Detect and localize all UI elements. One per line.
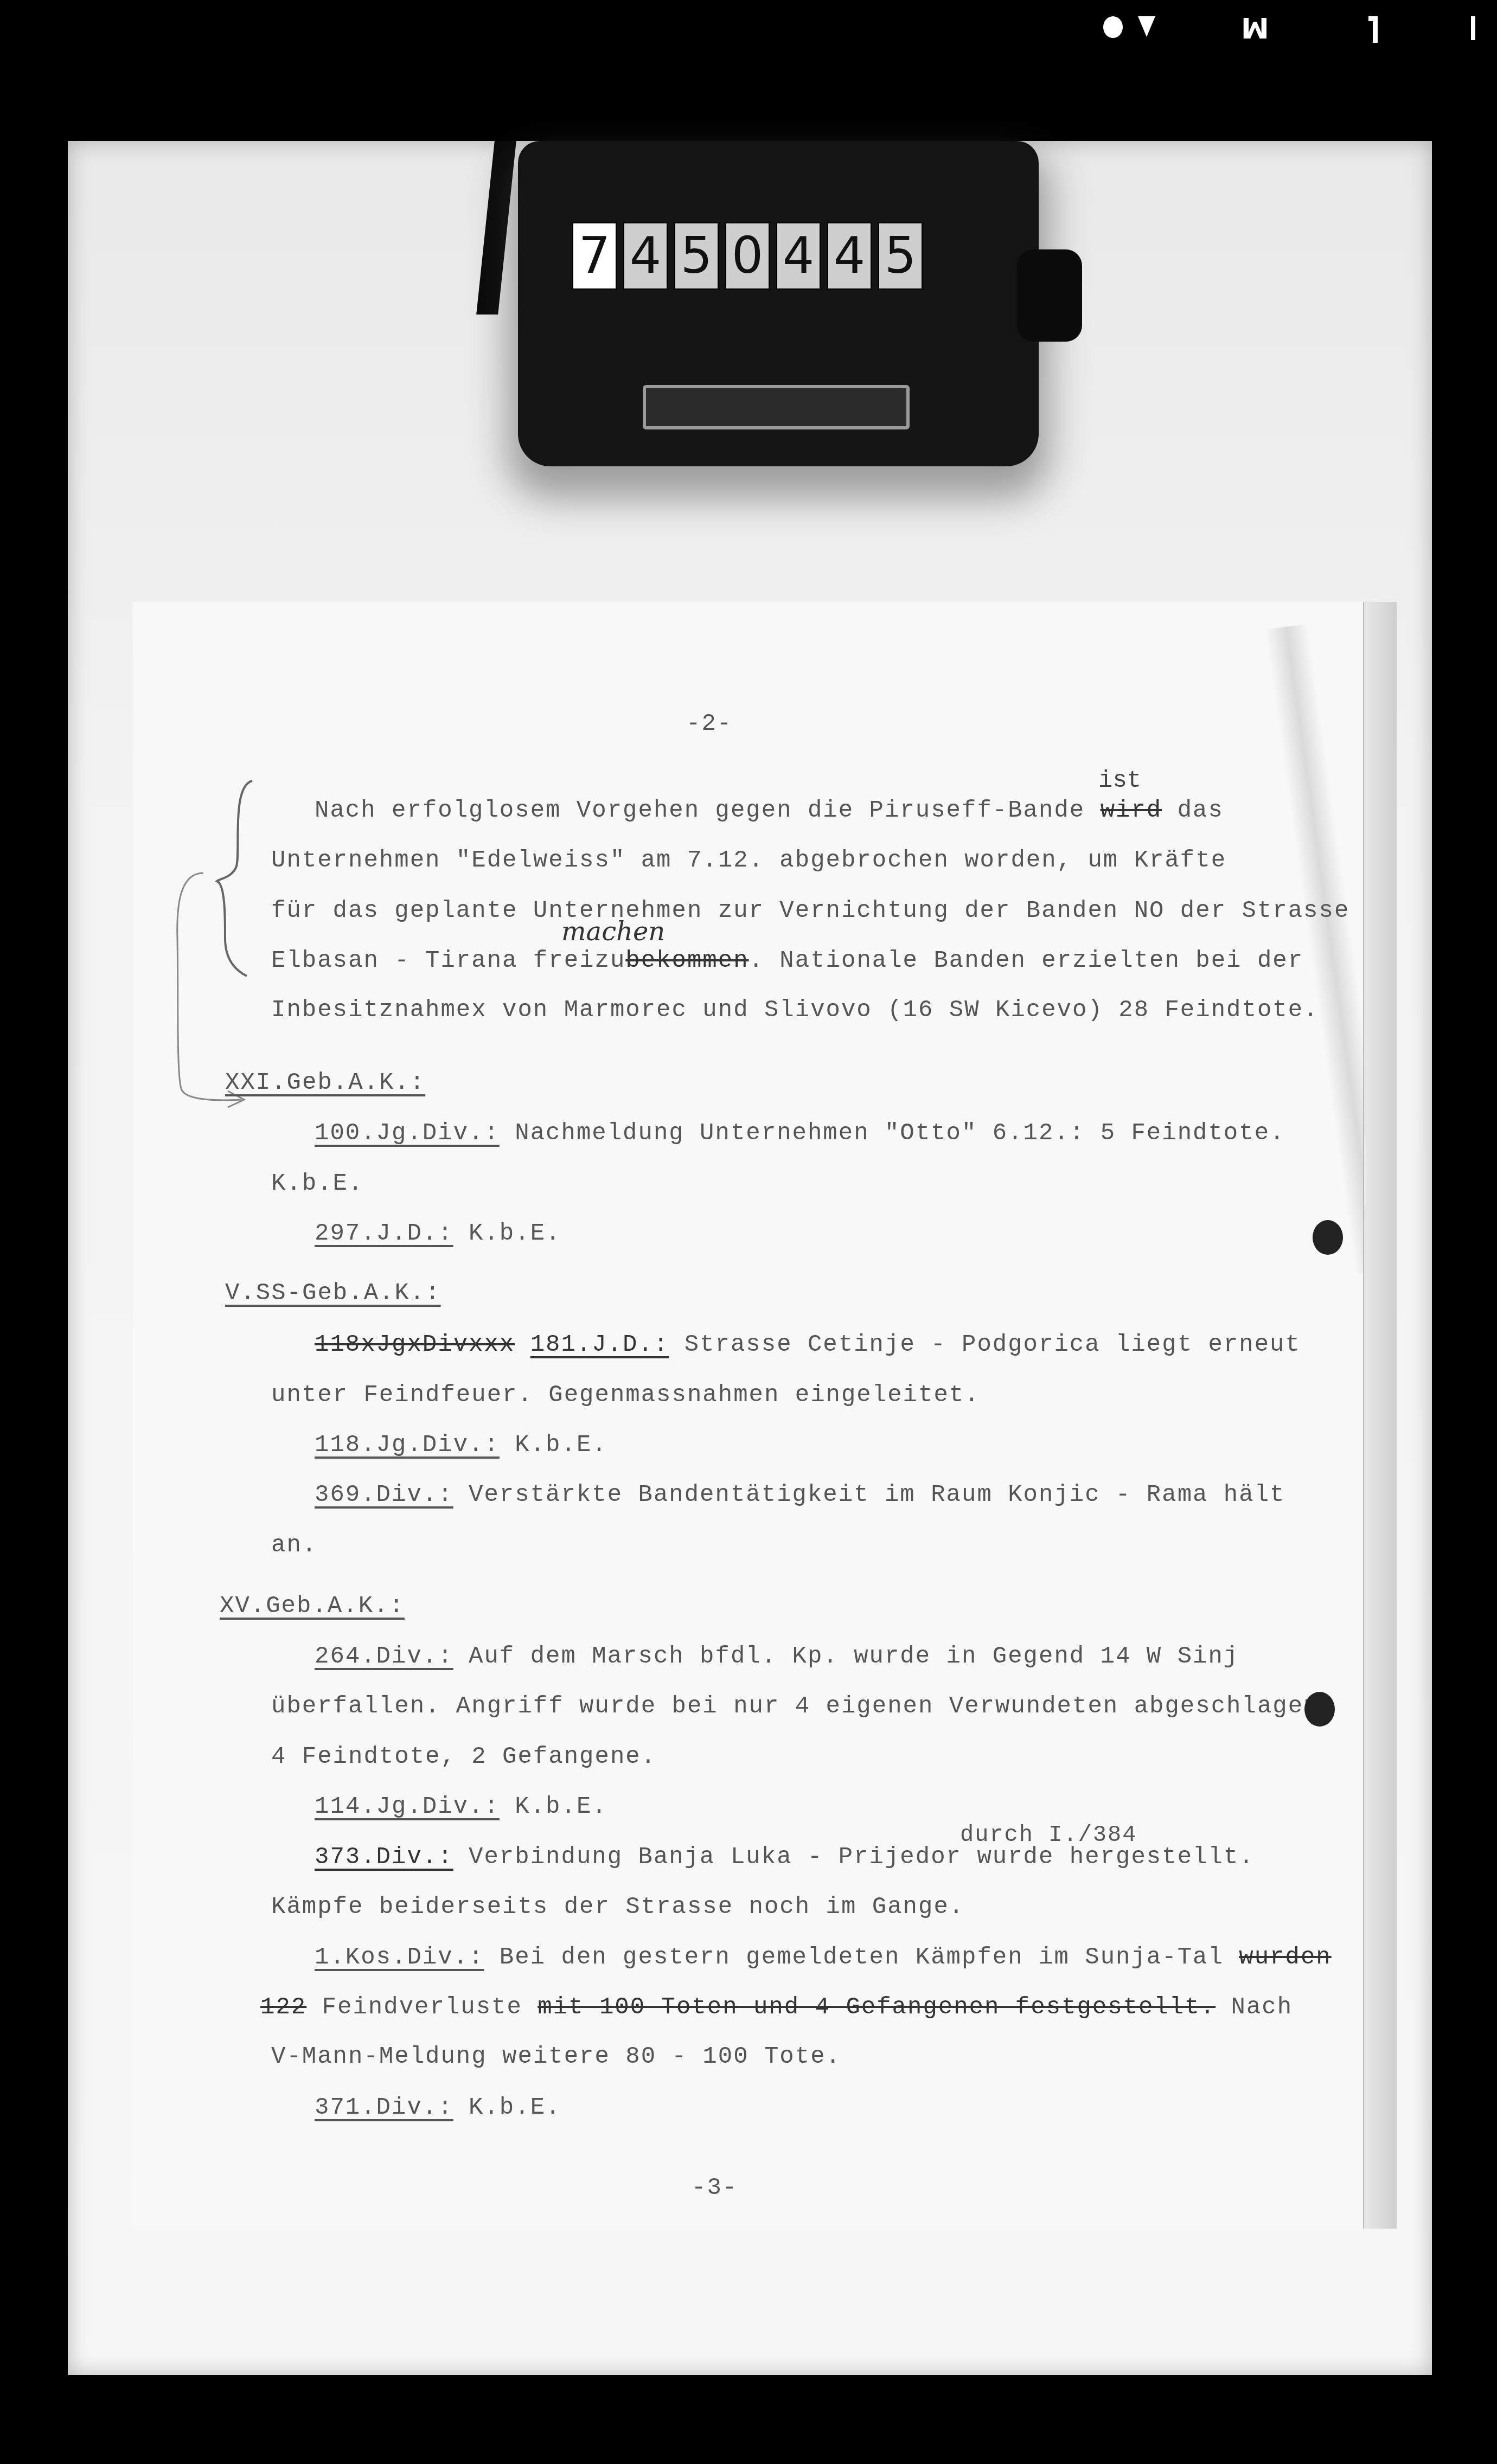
unit-label: 181.J.D.: bbox=[530, 1331, 669, 1358]
entry-100-jg-div: 100.Jg.Div.: Nachmeldung Unternehmen "Ot… bbox=[315, 1120, 1285, 1147]
text: das bbox=[1162, 797, 1224, 824]
frame-counter: 7 4 5 0 4 4 5 bbox=[518, 141, 1055, 472]
text: Feindverluste bbox=[306, 1994, 538, 2021]
text: Strasse Cetinje - Podgorica liegt erneut bbox=[669, 1331, 1301, 1358]
unit-label: 369.Div.: bbox=[315, 1481, 453, 1509]
struck-text: wurden bbox=[1239, 1944, 1331, 1971]
intro-line-5: Inbesitznahmex von Marmorec und Slivovo … bbox=[271, 997, 1319, 1024]
counter-digit: 7 bbox=[572, 222, 617, 290]
triangle-mark-icon bbox=[1138, 16, 1155, 37]
text: Nach erfolglosem Vorgehen gegen die Piru… bbox=[315, 797, 1101, 824]
text: K.b.E. bbox=[500, 1793, 607, 1820]
struck-text: 122 bbox=[260, 1994, 306, 2021]
entry-369-div: 369.Div.: Verstärkte Bandentätigkeit im … bbox=[315, 1481, 1285, 1509]
entry-373-div: 373.Div.: Verbindung Banja Luka - Prijed… bbox=[315, 1844, 1255, 1871]
unit-label: 371.Div.: bbox=[315, 2094, 453, 2121]
struck-text: bekommen bbox=[625, 947, 748, 974]
text: Auf dem Marsch bfdl. Kp. wurde in Gegend… bbox=[453, 1643, 1239, 1670]
unit-label: 264.Div.: bbox=[315, 1643, 453, 1670]
punch-hole bbox=[1304, 1692, 1335, 1727]
film-letter-m: M bbox=[1241, 16, 1269, 38]
text: Nach bbox=[1215, 1994, 1293, 2021]
section-heading: XV.Geb.A.K.: bbox=[220, 1593, 405, 1620]
page-number-bottom: -3- bbox=[692, 2174, 738, 2202]
unit-label: 1.Kos.Div.: bbox=[315, 1944, 484, 1971]
entry-continuation: V-Mann-Meldung weitere 80 - 100 Tote. bbox=[271, 2043, 841, 2070]
entry-371-div: 371.Div.: K.b.E. bbox=[315, 2094, 561, 2121]
entry-continuation: Kämpfe beiderseits der Strasse noch im G… bbox=[271, 1894, 964, 1921]
text: . Nationale Banden erzielten bei der bbox=[749, 947, 1304, 974]
unit-label: 114.Jg.Div.: bbox=[315, 1793, 500, 1820]
punch-hole bbox=[1313, 1220, 1343, 1255]
text: Verstärkte Bandentätigkeit im Raum Konji… bbox=[453, 1481, 1285, 1509]
text: Verbindung Banja Luka - Prijedor wurde h… bbox=[453, 1844, 1255, 1871]
struck-text: 118xJgxDivxxx bbox=[315, 1331, 515, 1358]
entry-1-kos-div: 1.Kos.Div.: Bei den gestern gemeldeten K… bbox=[315, 1944, 1332, 1971]
entry-continuation: an. bbox=[271, 1532, 317, 1559]
counter-digit: 4 bbox=[776, 222, 821, 290]
intro-line-1: Nach erfolglosem Vorgehen gegen die Piru… bbox=[315, 797, 1224, 824]
text: Elbasan - Tirana freizu bbox=[271, 947, 625, 974]
text: K.b.E. bbox=[453, 2094, 561, 2121]
entry-118-jg-div: 118.Jg.Div.: K.b.E. bbox=[315, 1432, 607, 1459]
insert-ist: ist bbox=[1098, 767, 1141, 794]
page-edge bbox=[1363, 602, 1397, 2229]
unit-label: 118.Jg.Div.: bbox=[315, 1432, 500, 1459]
entry-continuation: K.b.E. bbox=[271, 1170, 363, 1197]
counter-digit: 4 bbox=[623, 222, 668, 290]
entry-114-jg-div: 114.Jg.Div.: K.b.E. bbox=[315, 1793, 607, 1820]
counter-digit: 5 bbox=[878, 222, 923, 290]
entry-297-jd: 297.J.D.: K.b.E. bbox=[315, 1220, 561, 1247]
entry-continuation: unter Feindfeuer. Gegenmassnahmen eingel… bbox=[271, 1382, 980, 1409]
circle-mark-icon bbox=[1103, 16, 1123, 38]
text: K.b.E. bbox=[453, 1220, 561, 1247]
intro-line-4: Elbasan - Tirana freizubekommen. Nationa… bbox=[271, 947, 1303, 974]
struck-text: mit 100 Toten und 4 Gefangenen festgeste… bbox=[538, 1994, 1215, 2021]
entry-181-jd: 118xJgxDivxxx 181.J.D.: Strasse Cetinje … bbox=[315, 1331, 1301, 1358]
corner-mark-icon bbox=[1368, 16, 1378, 43]
struck-text: wird bbox=[1101, 797, 1162, 824]
margin-bracket-icon bbox=[165, 775, 274, 1155]
unit-label: 100.Jg.Div.: bbox=[315, 1120, 500, 1147]
document-page: -2- ist Nach erfolglosem Vorgehen gegen … bbox=[133, 602, 1397, 2229]
entry-264-div: 264.Div.: Auf dem Marsch bfdl. Kp. wurde… bbox=[315, 1643, 1239, 1670]
section-heading: V.SS-Geb.A.K.: bbox=[225, 1280, 441, 1307]
section-heading: XXI.Geb.A.K.: bbox=[225, 1069, 425, 1096]
entry-continuation: 122 Feindverluste mit 100 Toten und 4 Ge… bbox=[260, 1994, 1293, 2021]
counter-digit: 5 bbox=[674, 222, 719, 290]
counter-knob bbox=[1017, 249, 1082, 342]
unit-label: 373.Div.: bbox=[315, 1844, 453, 1871]
handwritten-insert-machen: machen bbox=[561, 916, 665, 947]
text: Bei den gestern gemeldeten Kämpfen im Su… bbox=[484, 1944, 1239, 1971]
intro-line-3: für das geplante Unternehmen zur Vernich… bbox=[271, 897, 1349, 925]
intro-line-2: Unternehmen "Edelweiss" am 7.12. abgebro… bbox=[271, 847, 1226, 874]
text: K.b.E. bbox=[500, 1432, 607, 1459]
entry-continuation: überfallen. Angriff wurde bei nur 4 eige… bbox=[271, 1693, 1334, 1720]
counter-digits: 7 4 5 0 4 4 5 bbox=[572, 222, 923, 290]
bar-mark-icon bbox=[1471, 16, 1475, 40]
counter-digit: 0 bbox=[725, 222, 770, 290]
page-number-top: -2- bbox=[686, 710, 732, 737]
text: Nachmeldung Unternehmen "Otto" 6.12.: 5 … bbox=[500, 1120, 1285, 1147]
counter-digit: 4 bbox=[827, 222, 872, 290]
entry-continuation: 4 Feindtote, 2 Gefangene. bbox=[271, 1743, 656, 1770]
unit-label: 297.J.D.: bbox=[315, 1220, 453, 1247]
counter-slot bbox=[643, 385, 910, 429]
